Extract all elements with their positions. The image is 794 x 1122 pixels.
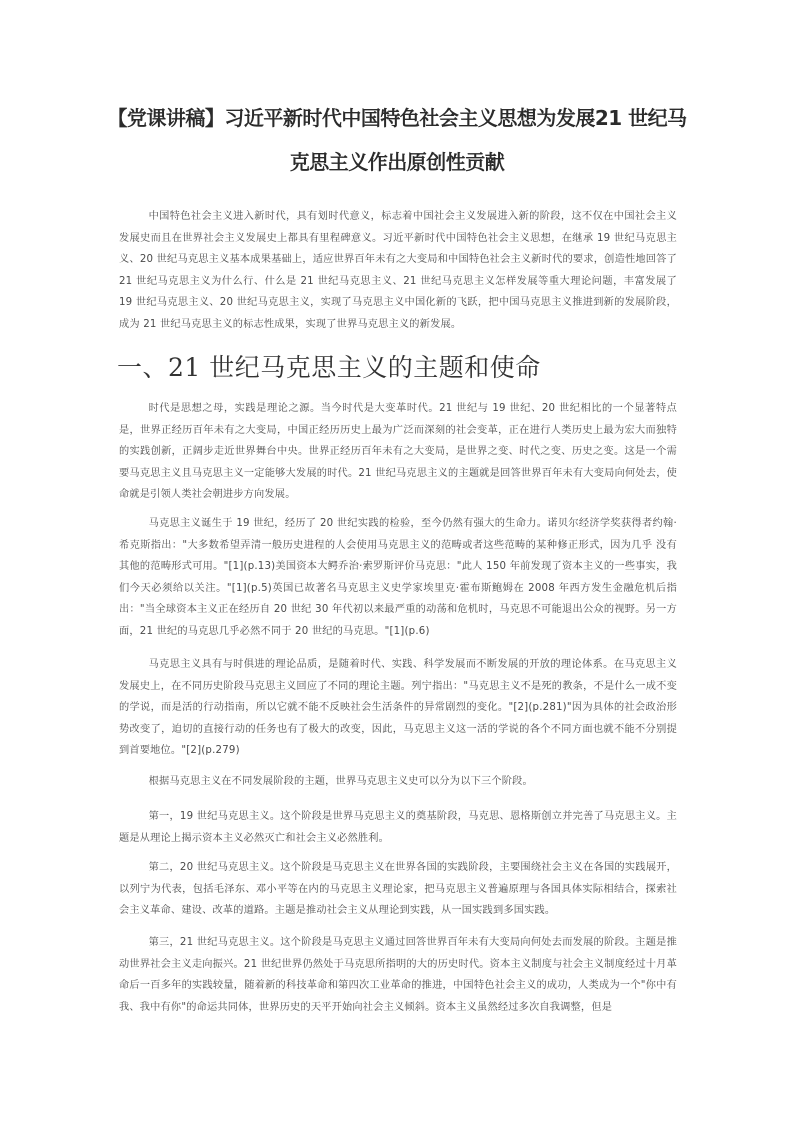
intro-paragraph: 中国特色社会主义进入新时代，具有划时代意义，标志着中国社会主义发展进入新的阶段，…	[119, 206, 677, 336]
body-paragraph: 根据马克思主义在不同发展阶段的主题，世界马克思主义史可以分为以下三个阶段。	[119, 771, 677, 793]
document-title: 【党课讲稿】习近平新时代中国特色社会主义思想为发展21 世纪马 克思主义作出原创…	[100, 96, 694, 184]
body-paragraph: 马克思主义具有与时俱进的理论品质，是随着时代、实践、科学发展而不断发展的开放的理…	[119, 654, 677, 762]
body-paragraph: 时代是思想之母，实践是理论之源。当今时代是大变革时代。21 世纪与 19 世纪、…	[119, 398, 677, 506]
body-paragraph: 马克思主义诞生于 19 世纪，经历了 20 世纪实践的检验，至今仍然有强大的生命…	[119, 513, 677, 643]
document-page: 【党课讲稿】习近平新时代中国特色社会主义思想为发展21 世纪马 克思主义作出原创…	[0, 0, 794, 1122]
title-line-2: 克思主义作出原创性贡献	[100, 140, 694, 184]
title-line-1: 【党课讲稿】习近平新时代中国特色社会主义思想为发展21 世纪马	[100, 96, 694, 140]
body-paragraph: 第三，21 世纪马克思主义。这个阶段是马克思主义通过回答世界百年未有大变局向何处…	[119, 932, 677, 1018]
body-paragraph: 第一，19 世纪马克思主义。这个阶段是世界马克思主义的奠基阶段，马克思、恩格斯创…	[119, 806, 677, 849]
section-heading-1: 一、21 世纪马克思主义的主题和使命	[117, 348, 541, 384]
body-paragraph: 第二，20 世纪马克思主义。这个阶段是马克思主义在世界各国的实践阶段，主要围绕社…	[119, 857, 677, 922]
